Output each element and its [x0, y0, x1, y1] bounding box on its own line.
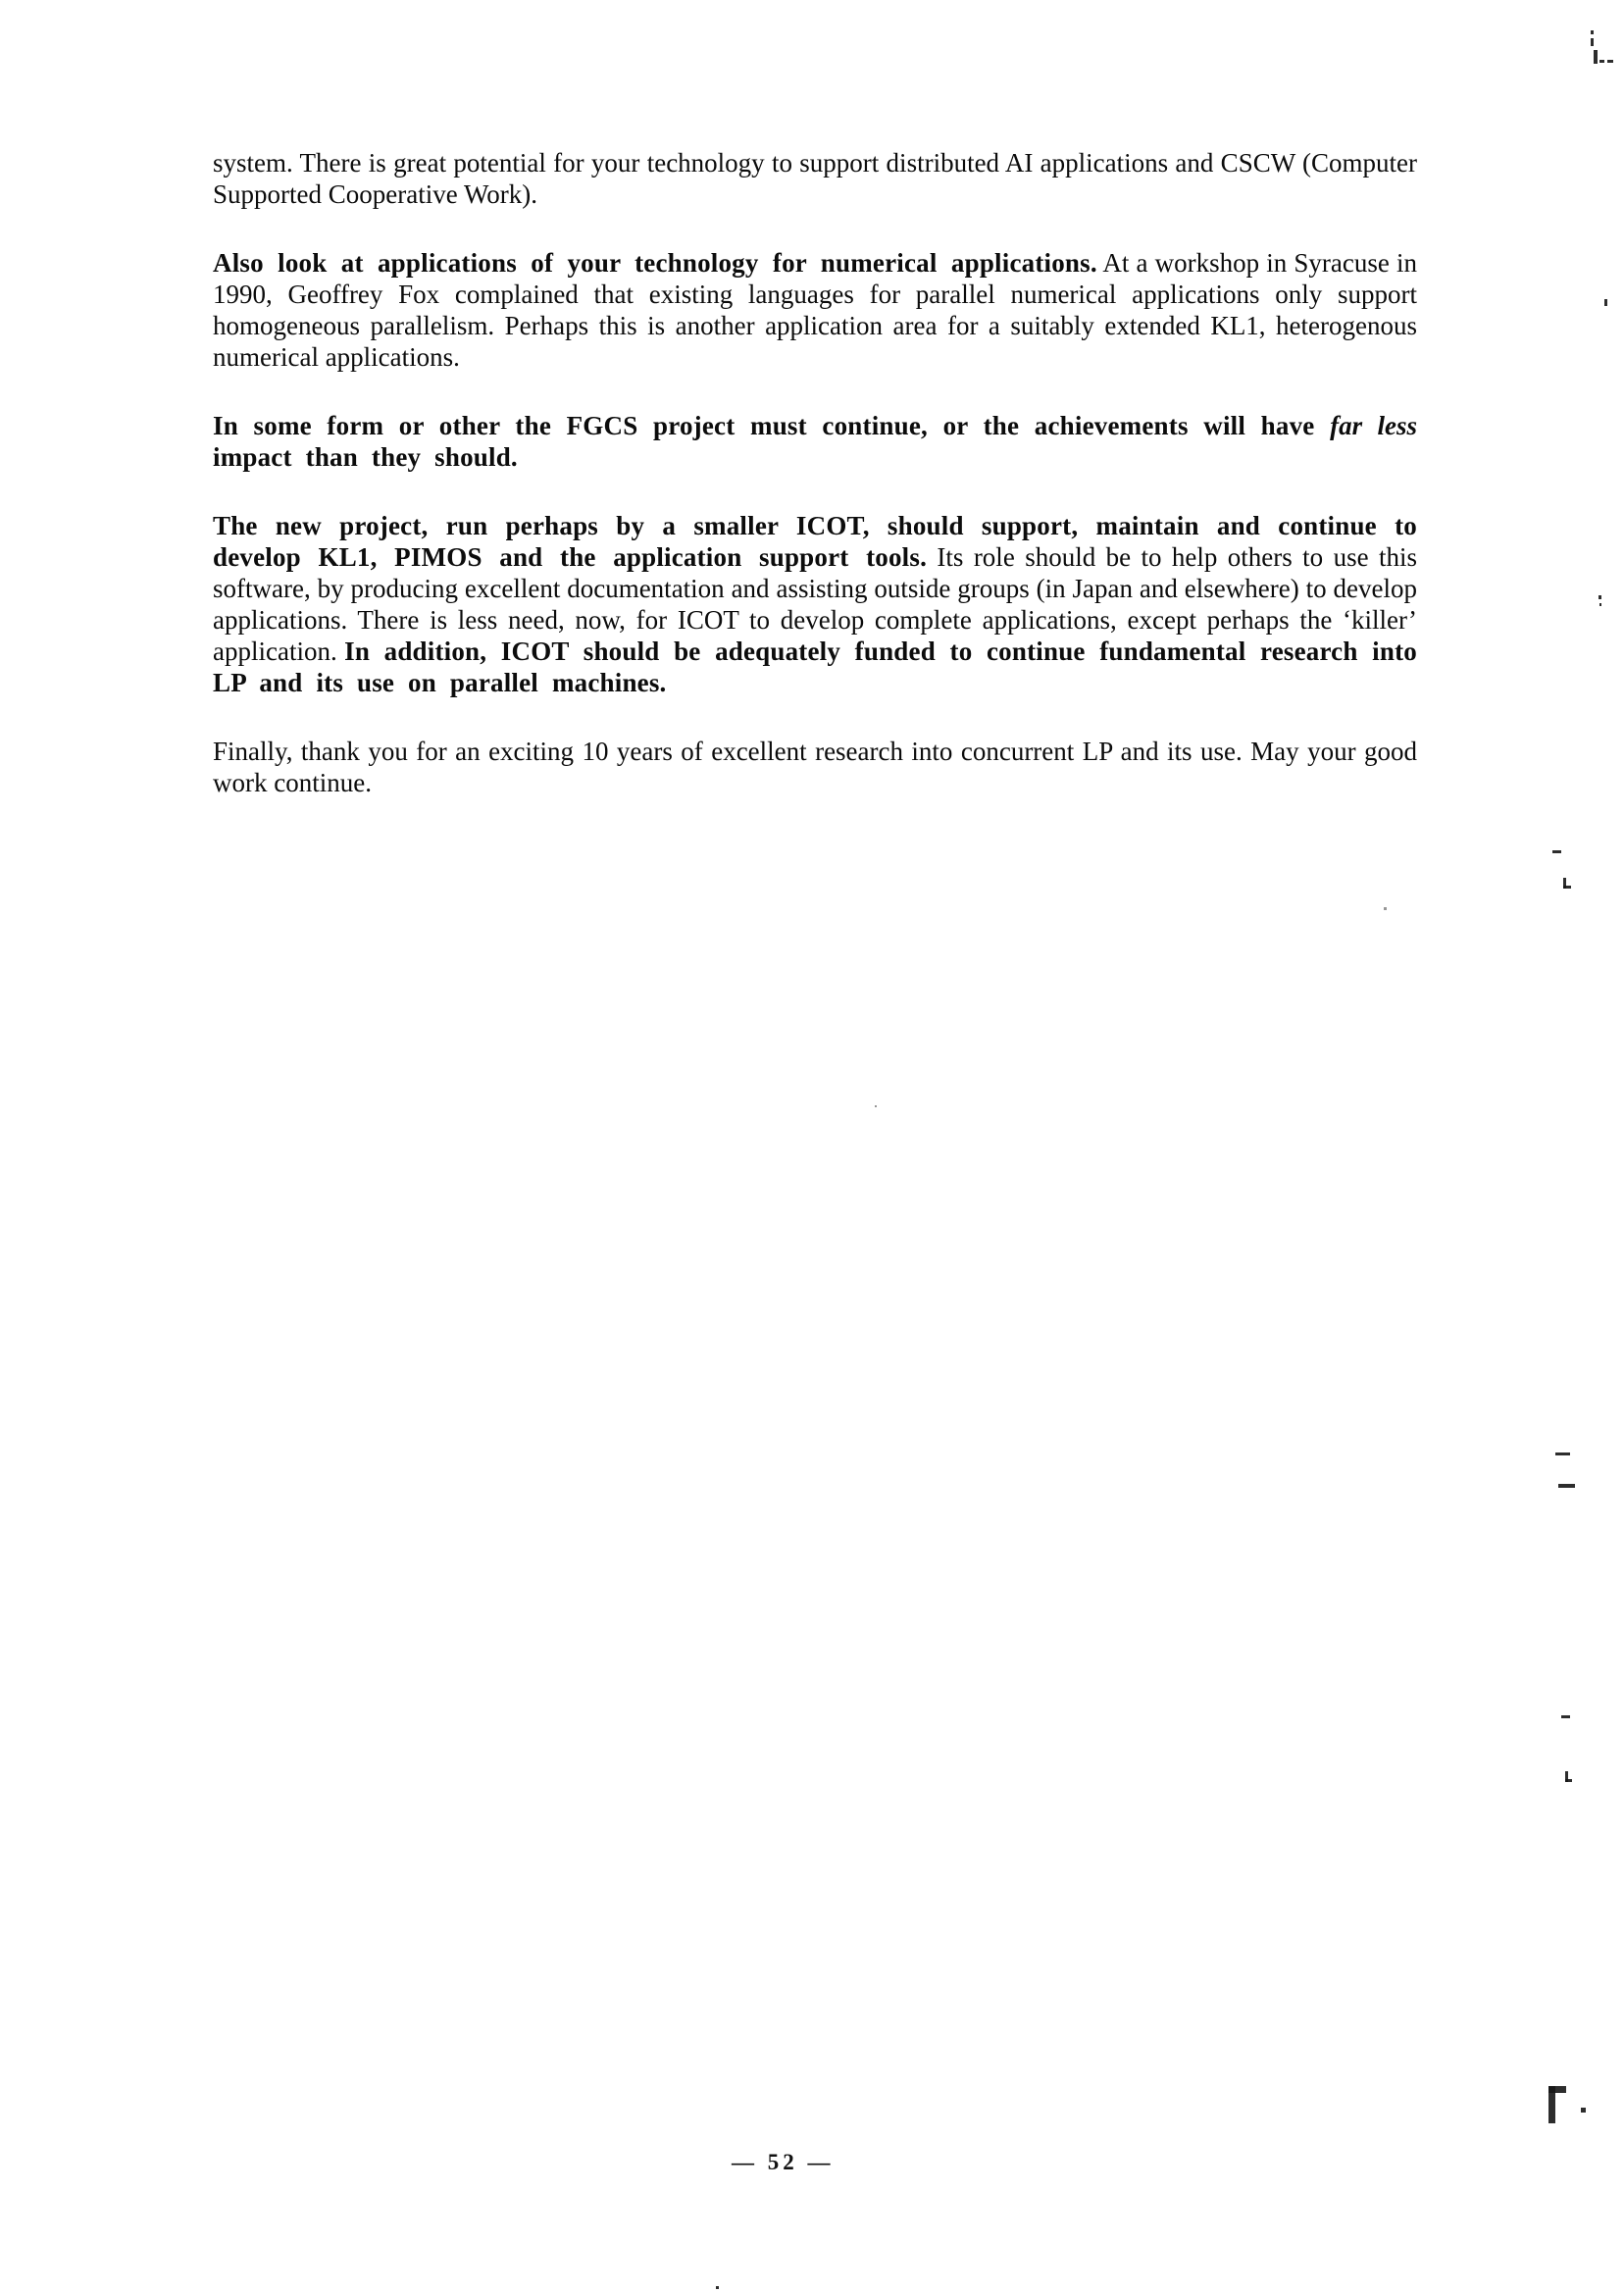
- scan-artifact: [1604, 299, 1607, 306]
- scan-artifact: [1591, 38, 1594, 46]
- paragraph-3: In some form or other the FGCS project m…: [213, 410, 1417, 473]
- text-column: system. There is great potential for you…: [213, 147, 1417, 836]
- scan-artifact: [1599, 603, 1601, 606]
- scan-artifact: [1555, 1452, 1570, 1455]
- text-run: In addition, ICOT should be adequately f…: [213, 637, 1417, 697]
- page-number: — 52 —: [732, 2150, 835, 2175]
- scan-artifact: [1561, 1715, 1570, 1718]
- scan-artifact: [1599, 595, 1601, 599]
- scan-artifact: [1563, 886, 1571, 889]
- scan-artifact: [1565, 1779, 1572, 1782]
- paragraph-4: The new project, run perhaps by a smalle…: [213, 510, 1417, 698]
- paragraph-5: Finally, thank you for an exciting 10 ye…: [213, 736, 1417, 798]
- scan-artifact: [1548, 2086, 1555, 2123]
- paragraph-2: Also look at applications of your techno…: [213, 247, 1417, 373]
- scan-artifact: [716, 2286, 719, 2289]
- text-run: far less: [1330, 411, 1417, 440]
- scan-artifact: [1599, 60, 1604, 63]
- scanned-document-page: system. There is great potential for you…: [0, 0, 1624, 2293]
- scan-artifact: [1594, 50, 1598, 64]
- text-run: In some form or other the FGCS project m…: [213, 411, 1330, 440]
- scan-artifact: [1607, 60, 1613, 63]
- scan-artifact: [1552, 850, 1561, 853]
- scan-artifact: [1384, 907, 1387, 910]
- scan-artifact: [1558, 1484, 1575, 1488]
- scan-artifact: [875, 1105, 877, 1107]
- text-run: Finally, thank you for an exciting 10 ye…: [213, 737, 1417, 797]
- text-run: impact than they should.: [213, 442, 518, 472]
- paragraph-1: system. There is great potential for you…: [213, 147, 1417, 210]
- scan-artifact: [1591, 30, 1594, 34]
- text-run: system. There is great potential for you…: [213, 148, 1417, 209]
- scan-artifact: [1581, 2108, 1586, 2113]
- text-run: Also look at applications of your techno…: [213, 248, 1097, 278]
